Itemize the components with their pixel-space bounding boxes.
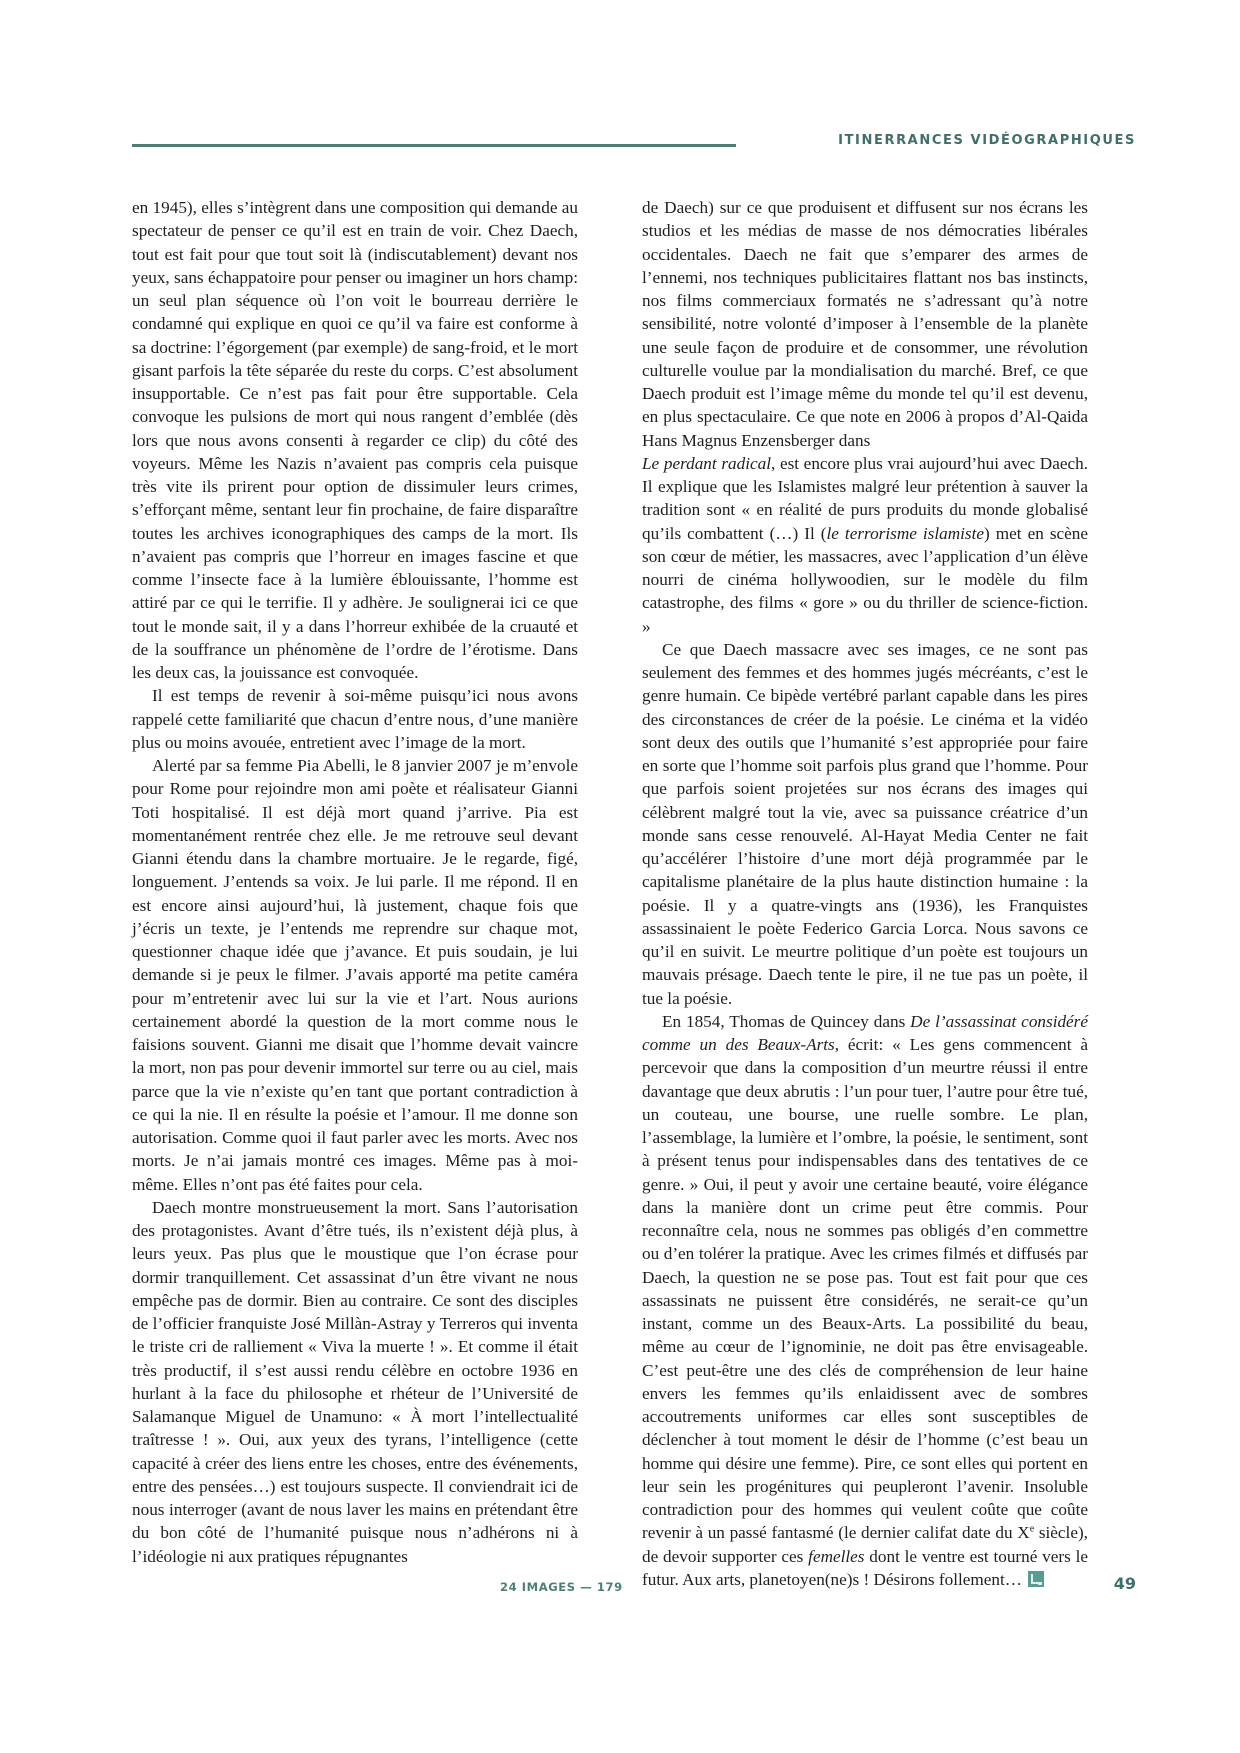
page-number: 49 [1114,1574,1136,1593]
paragraph: En 1854, Thomas de Quincey dans De l’ass… [642,1010,1088,1591]
paragraph: Daech montre monstrueusement la mort. Sa… [132,1196,578,1568]
footer-journal-issue: 24 IMAGES — 179 [500,1580,623,1594]
header-rule [132,144,736,147]
magazine-page: ITINERRANCES VIDÉOGRAPHIQUES en 1945), e… [0,0,1240,1753]
paragraph: Alerté par sa femme Pia Abelli, le 8 jan… [132,754,578,1196]
paragraph: Il est temps de revenir à soi-même puisq… [132,684,578,754]
text-run: En 1854, Thomas de Quincey dans [662,1012,910,1031]
book-title: Le perdant radical [642,454,771,473]
24-images-logo-icon [1028,1571,1044,1587]
paragraph: Ce que Daech massacre avec ses images, c… [642,638,1088,1010]
text-run: de Daech) sur ce que produisent et diffu… [642,198,1088,450]
right-column: de Daech) sur ce que produisent et diffu… [642,196,1088,1591]
left-column: en 1945), elles s’intègrent dans une com… [132,196,578,1568]
text-run: , écrit: « Les gens commencent à percevo… [642,1035,1088,1542]
italic-word: femelles [808,1547,864,1566]
section-title: ITINERRANCES VIDÉOGRAPHIQUES [838,133,1136,148]
italic-aside: le terrorisme islamiste [827,524,985,543]
paragraph: en 1945), elles s’intègrent dans une com… [132,196,578,684]
paragraph: de Daech) sur ce que produisent et diffu… [642,196,1088,638]
